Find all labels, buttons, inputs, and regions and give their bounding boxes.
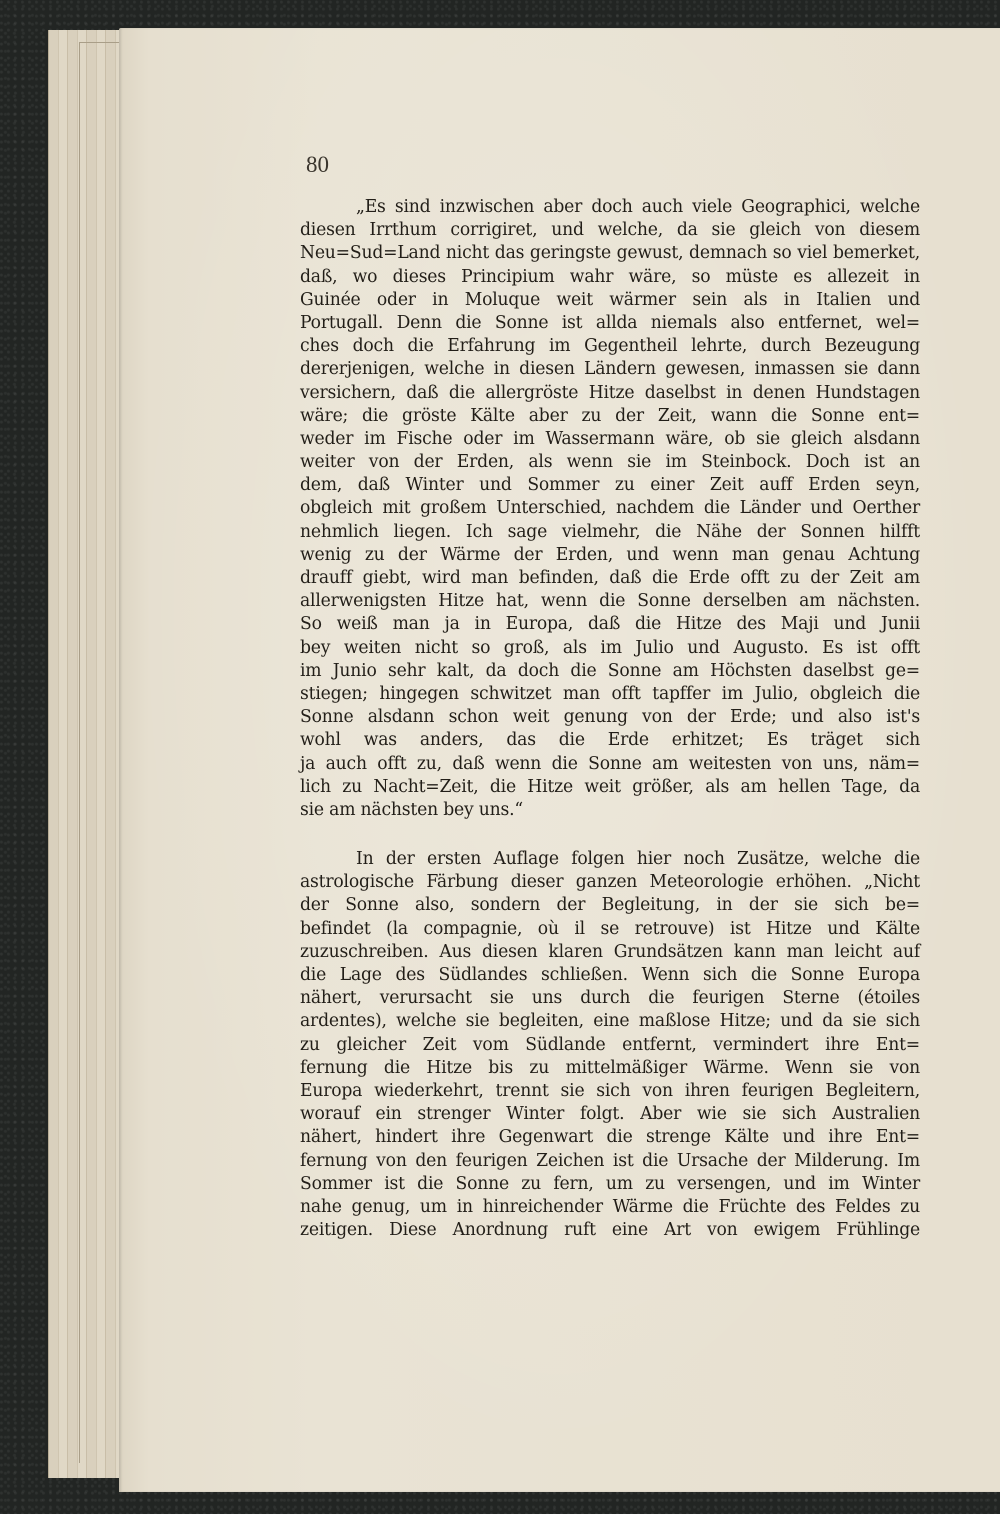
text-line: So weiß man ja in Europa, daß die Hitze … (300, 613, 920, 637)
text-line: fernung die Hitze bis zu mittelmäßiger W… (300, 1056, 920, 1080)
text-line: Neu=Sud=Land nicht das geringste gewust,… (300, 242, 920, 266)
text-line: Sonne alsdann schon weit genung von der … (300, 706, 920, 730)
text-line: astrologische Färbung dieser ganzen Mete… (300, 871, 920, 895)
text-line: Europa wiederkehrt, trennt sie sich von … (300, 1079, 920, 1103)
text-line: die Lage des Südlandes schließen. Wenn s… (300, 963, 920, 987)
page-number: 80 (306, 152, 329, 178)
text-line: diesen Irrthum corrigiret, und welche, d… (300, 219, 920, 243)
text-line: daß, wo dieses Principium wahr wäre, so … (300, 265, 920, 289)
text-line: ardentes), welche sie begleiten, eine ma… (300, 1010, 920, 1034)
text-line: dererjenigen, welche in diesen Ländern g… (300, 358, 920, 382)
text-line: weder im Fische oder im Wassermann wäre,… (300, 427, 920, 451)
text-line: Guinée oder in Moluque weit wärmer sein … (300, 288, 920, 312)
text-line: allerwenigsten Hitze hat, wenn die Sonne… (300, 590, 920, 614)
text-line: Portugall. Denn die Sonne ist allda niem… (300, 311, 920, 335)
text-line: ja auch offt zu, daß wenn die Sonne am w… (300, 752, 920, 776)
text-line: versichern, daß die allergröste Hitze da… (300, 381, 920, 405)
page-text: „Es sind inzwischen aber doch auch viele… (300, 196, 920, 1242)
text-line: nähert, verursacht sie uns durch die feu… (300, 987, 920, 1011)
text-line: fernung von den feurigen Zeichen ist die… (300, 1149, 920, 1173)
text-line: obgleich mit großem Unterschied, nachdem… (300, 497, 920, 521)
text-line: nehmlich liegen. Ich sage vielmehr, die … (300, 520, 920, 544)
text-line: worauf ein strenger Winter folgt. Aber w… (300, 1103, 920, 1127)
text-line: sie am nächsten bey uns.“ (300, 798, 920, 822)
text-line: ches doch die Erfahrung im Gegentheil le… (300, 335, 920, 359)
text-line: im Junio sehr kalt, da doch die Sonne am… (300, 659, 920, 683)
text-line: lich zu Nacht=Zeit, die Hitze weit größe… (300, 775, 920, 799)
text-line: wenig zu der Wärme der Erden, und wenn m… (300, 543, 920, 567)
text-line: Sommer ist die Sonne zu fern, um zu vers… (300, 1172, 920, 1196)
paragraph-quote: „Es sind inzwischen aber doch auch viele… (300, 196, 920, 822)
text-line: drauff giebt, wird man befinden, daß die… (300, 566, 920, 590)
text-line: befindet (la compagnie, où il se retrouv… (300, 917, 920, 941)
text-line: der Sonne also, sondern der Begleitung, … (300, 894, 920, 918)
text-line: stiegen; hingegen schwitzet man offt tap… (300, 682, 920, 706)
page-stack-edges (48, 30, 129, 1478)
text-line: wäre; die gröste Kälte aber zu der Zeit,… (300, 404, 920, 428)
text-line: nahe genug, um in hinreichender Wärme di… (300, 1195, 920, 1219)
text-line: zeitigen. Diese Anordnung ruft eine Art … (300, 1218, 920, 1242)
text-line: zuzuschreiben. Aus diesen klaren Grundsä… (300, 940, 920, 964)
text-line: In der ersten Auflage folgen hier noch Z… (300, 847, 920, 871)
text-line: „Es sind inzwischen aber doch auch viele… (300, 195, 920, 219)
text-line: bey weiten nicht so groß, als im Julio u… (300, 636, 920, 660)
text-line: dem, daß Winter und Sommer zu einer Zeit… (300, 474, 920, 498)
text-line: weiter von der Erden, als wenn sie im St… (300, 450, 920, 474)
text-line: zu gleicher Zeit vom Südlande entfernt, … (300, 1033, 920, 1057)
text-line: nähert, hindert ihre Gegenwart die stren… (300, 1126, 920, 1150)
paragraph-commentary: In der ersten Auflage folgen hier noch Z… (300, 848, 920, 1242)
text-line: wohl was anders, das die Erde erhitzet; … (300, 729, 920, 753)
